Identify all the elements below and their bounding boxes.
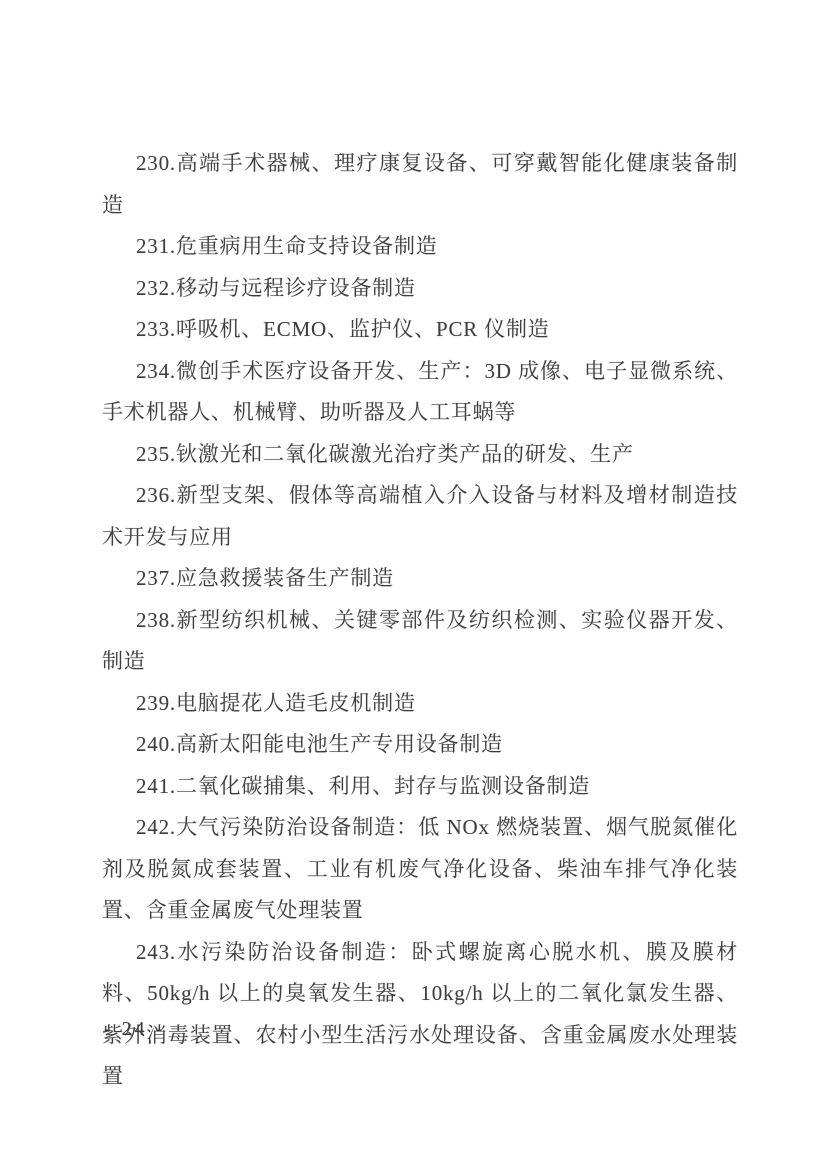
list-item-232: 232.移动与远程诊疗设备制造 xyxy=(102,268,738,310)
list-item-230: 230.高端手术器械、理疗康复设备、可穿戴智能化健康装备制造 xyxy=(102,143,738,226)
list-item-236: 236.新型支架、假体等高端植入介入设备与材料及增材制造技术开发与应用 xyxy=(102,475,738,558)
list-item-233: 233.呼吸机、ECMO、监护仪、PCR 仪制造 xyxy=(102,309,738,351)
list-item-243: 243.水污染防治设备制造：卧式螺旋离心脱水机、膜及膜材料、50kg/h 以上的… xyxy=(102,932,738,1098)
list-item-241: 241.二氧化碳捕集、利用、封存与监测设备制造 xyxy=(102,766,738,808)
list-item-231: 231.危重病用生命支持设备制造 xyxy=(102,226,738,268)
list-item-237: 237.应急救援装备生产制造 xyxy=(102,558,738,600)
list-item-235: 235.钬激光和二氧化碳激光治疗类产品的研发、生产 xyxy=(102,434,738,476)
list-item-238: 238.新型纺织机械、关键零部件及纺织检测、实验仪器开发、制造 xyxy=(102,600,738,683)
list-item-242: 242.大气污染防治设备制造：低 NOx 燃烧装置、烟气脱氮催化剂及脱氮成套装置… xyxy=(102,807,738,932)
list-item-240: 240.高新太阳能电池生产专用设备制造 xyxy=(102,724,738,766)
document-body: 230.高端手术器械、理疗康复设备、可穿戴智能化健康装备制造 231.危重病用生… xyxy=(102,143,738,1098)
document-page: 230.高端手术器械、理疗康复设备、可穿戴智能化健康装备制造 231.危重病用生… xyxy=(0,0,826,1169)
list-item-234: 234.微创手术医疗设备开发、生产：3D 成像、电子显微系统、手术机器人、机械臂… xyxy=(102,351,738,434)
list-item-239: 239.电脑提花人造毛皮机制造 xyxy=(102,683,738,725)
page-number: - 24 - xyxy=(104,1014,165,1044)
